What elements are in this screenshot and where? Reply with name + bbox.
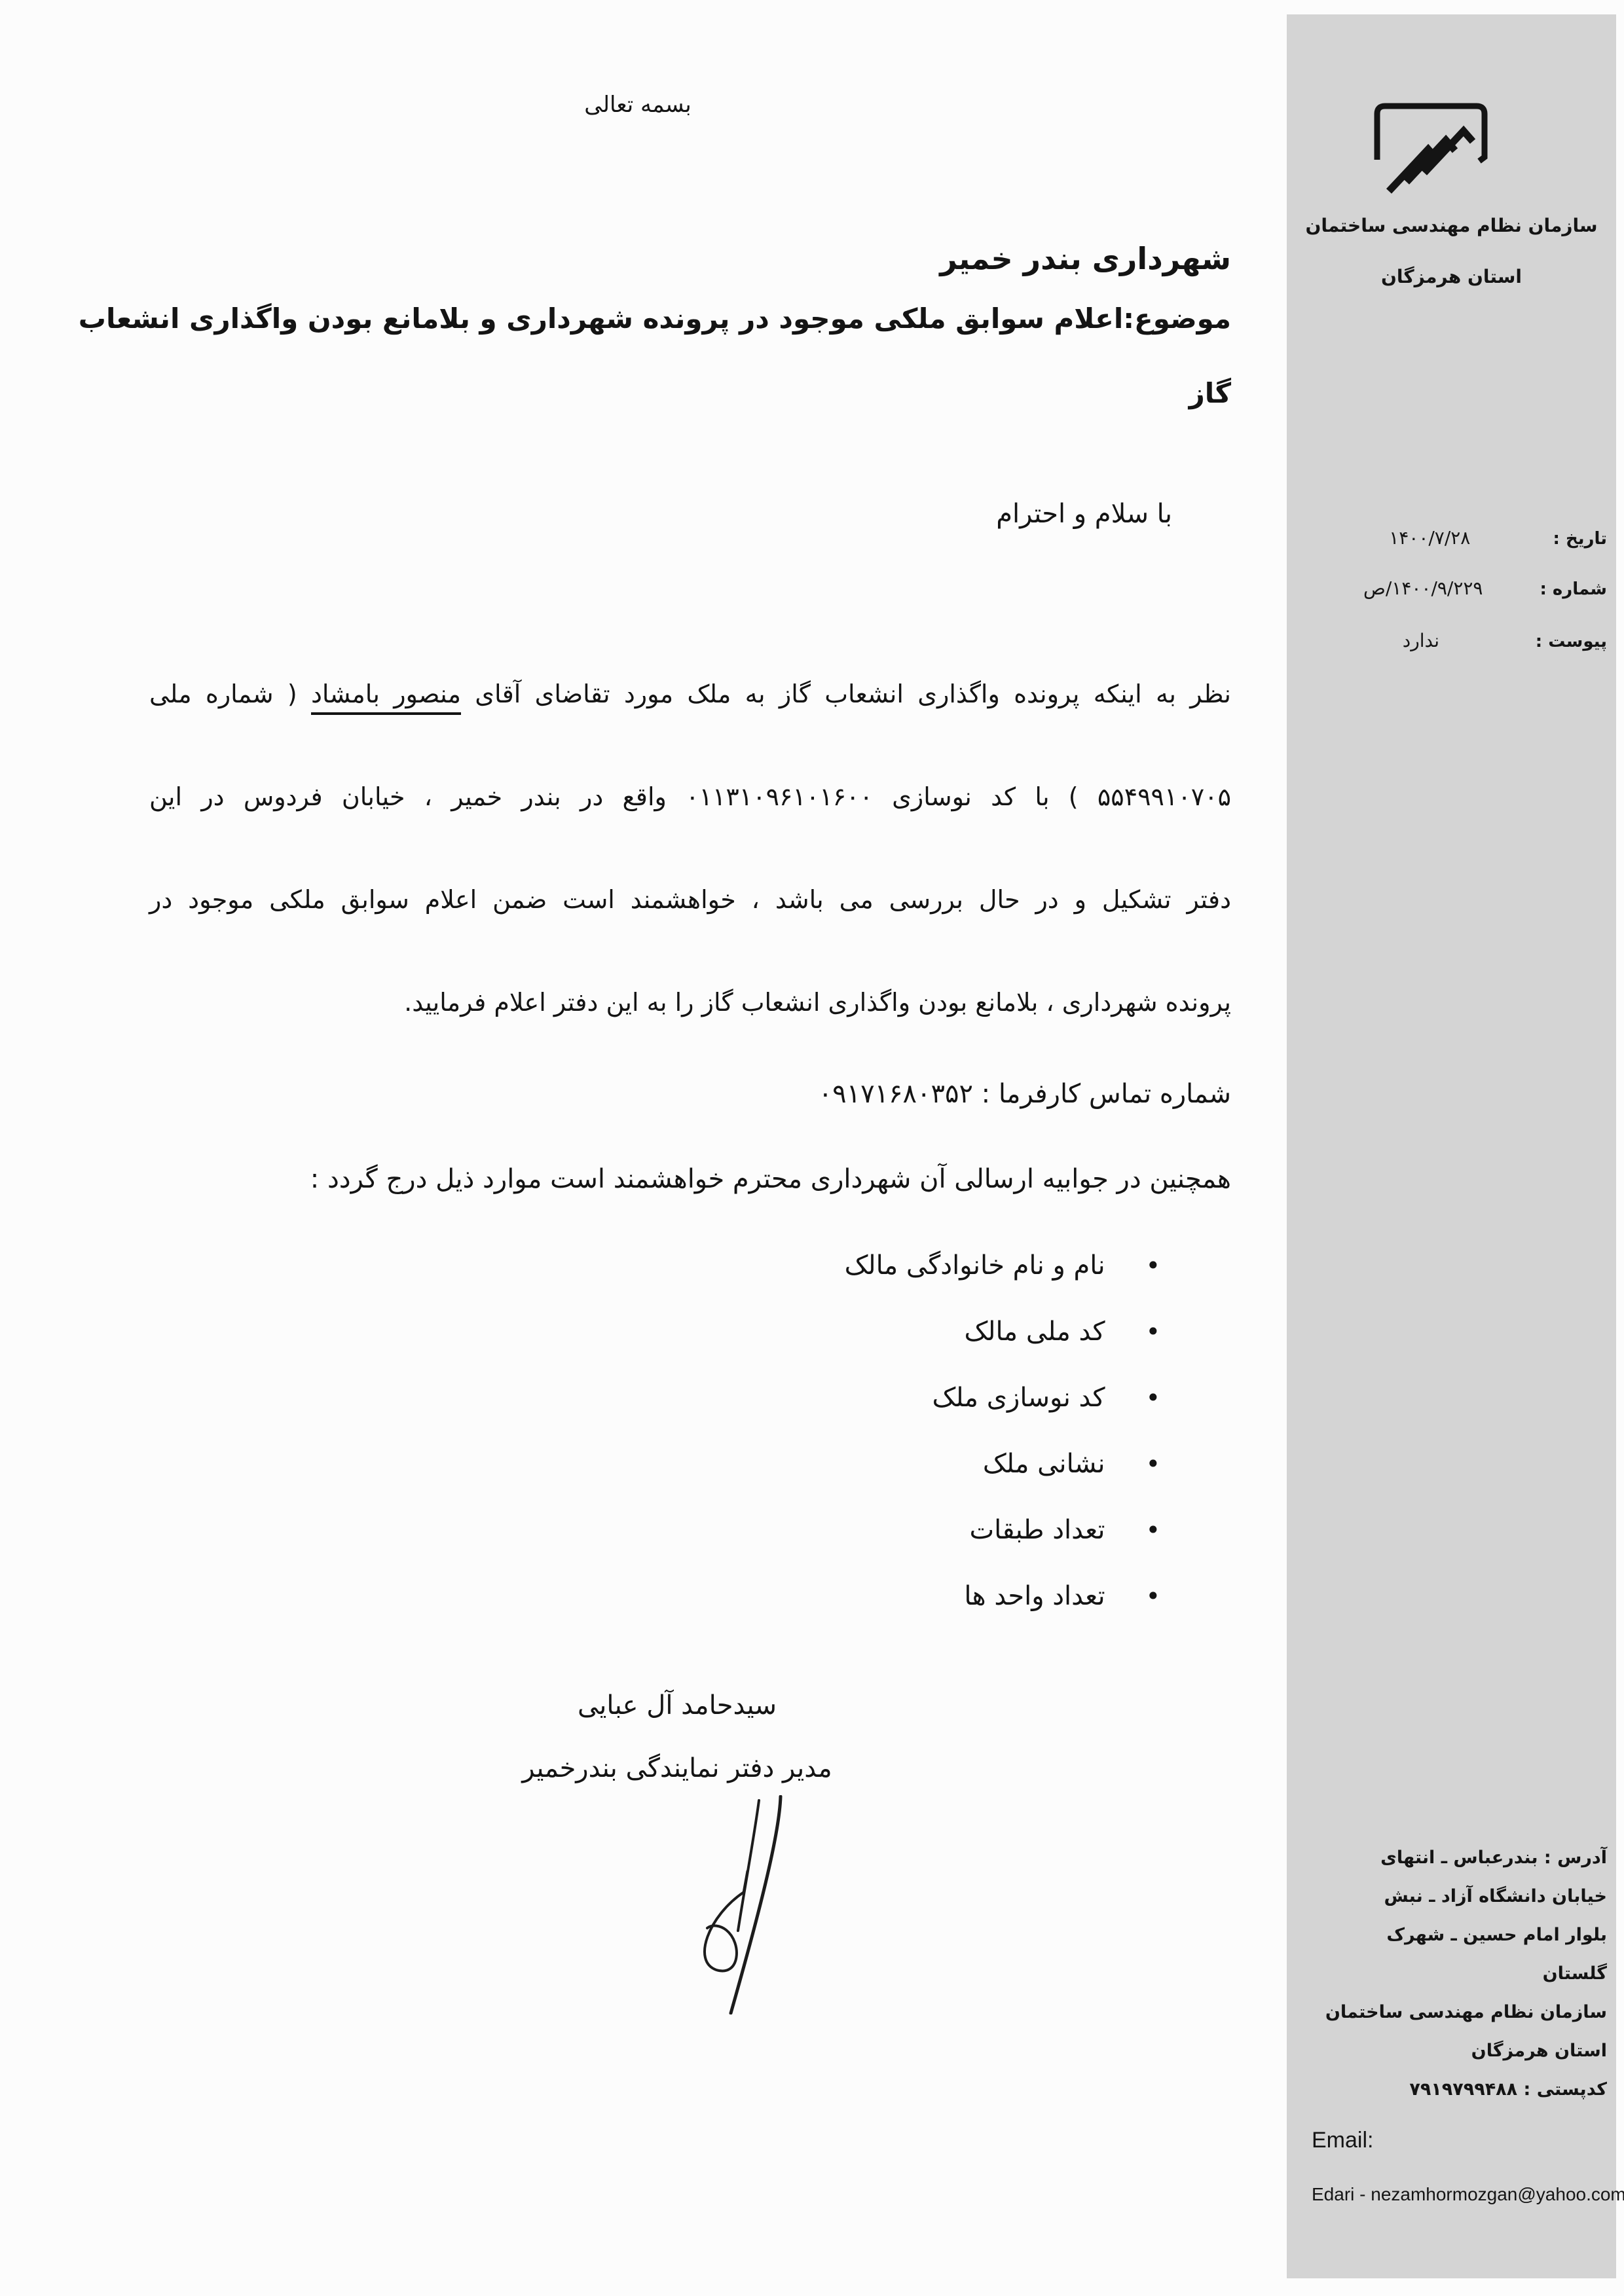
subject-line-2: گاز (149, 377, 1231, 409)
list-item-label: نام و نام خانوادگی مالک (845, 1250, 1105, 1281)
list-item: • تعداد واحد ها (149, 1563, 1231, 1629)
address-line: گلستان (1293, 1954, 1607, 1993)
email-address: Edari - nezamhormozgan@yahoo.com (1312, 2184, 1612, 2205)
date-value: ۱۴۰۰/۷/۲۸ (1287, 527, 1553, 549)
list-item: • کد ملی مالک (149, 1298, 1231, 1364)
employer-contact-line: شماره تماس کارفرما : ۰۹۱۷۱۶۸۰۳۵۲ (819, 1079, 1231, 1109)
bullet-icon: • (1146, 1319, 1160, 1344)
signer-title: مدیر دفتر نمایندگی بندرخمیر (149, 1753, 1205, 1783)
list-item: • کد نوسازی ملک (149, 1364, 1231, 1430)
organization-logo-icon (1371, 100, 1491, 198)
address-line: سازمان نظام مهندسی ساختمان (1293, 1993, 1607, 2032)
address-line-postal-code: کدپستی : ۷۹۱۹۷۹۹۴۸۸ (1293, 2070, 1607, 2109)
recipient-line: شهرداری بندر خمیر (149, 241, 1231, 276)
handwritten-signature (681, 1795, 809, 2014)
number-row: شماره : ۱۴۰۰/۹/۲۲۹/ص (1287, 577, 1616, 610)
attachment-row: پیوست : ندارد (1287, 630, 1616, 663)
organization-region: استان هرمزگان (1287, 266, 1616, 287)
applicant-name-underlined: منصور بامشاد (311, 680, 461, 715)
bullet-icon: • (1146, 1518, 1160, 1542)
body-line-1-pre: نظر به اینکه پرونده واگذاری انشعاب گاز ب… (461, 680, 1231, 708)
date-label: تاریخ : (1553, 529, 1607, 549)
subject-line-1: موضوع:اعلام سوابق ملکی موجود در پرونده ش… (149, 302, 1231, 335)
bullet-icon: • (1146, 1584, 1160, 1609)
bullet-icon: • (1146, 1253, 1160, 1278)
letterhead-sidebar: سازمان نظام مهندسی ساختمان استان هرمزگان… (1287, 14, 1616, 2278)
list-item: • نام و نام خانوادگی مالک (149, 1232, 1231, 1298)
list-item: • نشانی ملک (149, 1430, 1231, 1497)
list-item-label: کد نوسازی ملک (932, 1383, 1105, 1413)
email-label: Email: (1312, 2128, 1373, 2153)
body-line-1: نظر به اینکه پرونده واگذاری انشعاب گاز ب… (149, 643, 1231, 746)
attachment-value: ندارد (1287, 630, 1536, 651)
letter-main-column: بسمه تعالی شهرداری بندر خمیر موضوع:اعلام… (149, 0, 1231, 2296)
bullet-icon: • (1146, 1385, 1160, 1410)
reply-request-line: همچنین در جوابیه ارسالی آن شهرداری محترم… (310, 1164, 1231, 1194)
list-item-label: نشانی ملک (983, 1449, 1105, 1479)
body-paragraph: نظر به اینکه پرونده واگذاری انشعاب گاز ب… (149, 643, 1231, 1054)
besmele-header: بسمه تعالی (149, 92, 1126, 118)
list-item-label: تعداد واحد ها (964, 1581, 1105, 1611)
address-line: آدرس : بندرعباس ـ انتهای (1293, 1838, 1607, 1877)
organization-name: سازمان نظام مهندسی ساختمان (1287, 215, 1616, 236)
number-label: شماره : (1540, 579, 1607, 599)
organization-address: آدرس : بندرعباس ـ انتهای خیابان دانشگاه … (1293, 1838, 1607, 2109)
bullet-icon: • (1146, 1451, 1160, 1476)
date-row: تاریخ : ۱۴۰۰/۷/۲۸ (1287, 527, 1616, 560)
salutation-line: با سلام و احترام (996, 499, 1172, 529)
body-line-4: پرونده شهرداری ، بلامانع بودن واگذاری ان… (149, 951, 1231, 1054)
address-line: بلوار امام حسین ـ شهرک (1293, 1916, 1607, 1954)
body-line-3: دفتر تشکیل و در حال بررسی می باشد ، خواه… (149, 848, 1231, 951)
signer-name: سیدحامد آل عبایی (149, 1690, 1205, 1721)
body-line-2: ۵۵۴۹۹۱۰۷۰۵ ) با کد نوسازی ۰۱۱۳۱۰۹۶۱۰۱۶۰۰… (149, 746, 1231, 848)
body-line-1-post: ( شماره ملی (149, 680, 311, 708)
attachment-label: پیوست : (1536, 632, 1607, 651)
address-line: خیابان دانشگاه آزاد ـ نبش (1293, 1877, 1607, 1916)
address-line: استان هرمزگان (1293, 2032, 1607, 2070)
list-item: • تعداد طبقات (149, 1497, 1231, 1563)
number-value: ۱۴۰۰/۹/۲۲۹/ص (1287, 577, 1540, 599)
letter-page: بسمه تعالی شهرداری بندر خمیر موضوع:اعلام… (0, 0, 1624, 2296)
list-item-label: کد ملی مالک (965, 1317, 1105, 1347)
list-item-label: تعداد طبقات (970, 1515, 1105, 1545)
required-items-list: • نام و نام خانوادگی مالک • کد ملی مالک … (149, 1232, 1231, 1629)
